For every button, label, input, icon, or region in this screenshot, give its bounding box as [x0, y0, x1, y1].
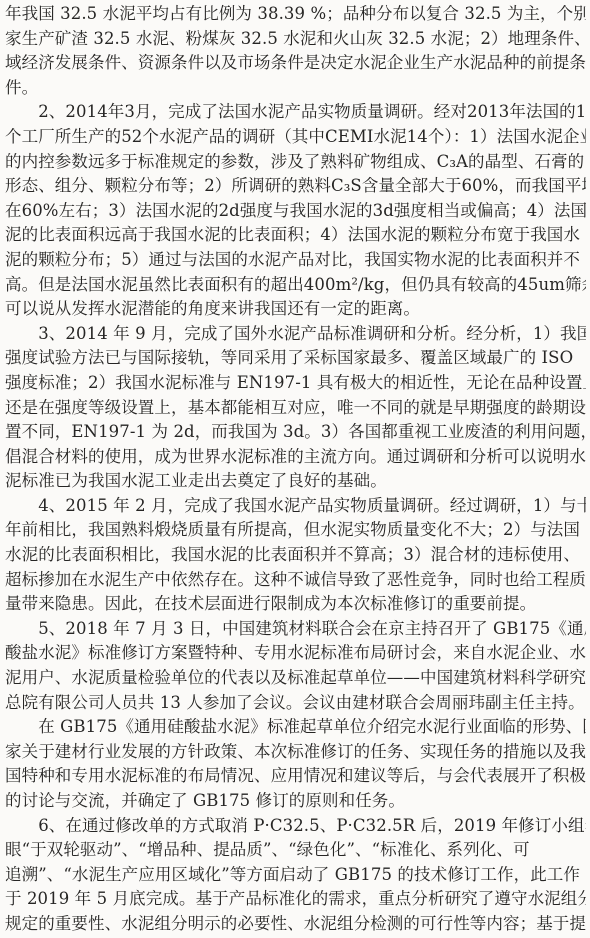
text-line: 泥的比表面积远高于我国水泥的比表面积；4）法国水泥的颗粒分布宽于我国水 — [5, 223, 586, 248]
text-line: 强度试验方法已与国际接轨，等同采用了采标国家最多、覆盖区域最广的 ISO — [5, 346, 586, 371]
text-line: 形态、组分、颗粒分布等；2）所调研的熟料C₃S含量全部大于60%，而我国平均 — [5, 174, 586, 199]
text-line: 家关于建材行业发展的方针政策、本次标准修订的任务、实现任务的措施以及我 — [5, 740, 586, 765]
text-line: 量带来隐患。因此，在技术层面进行限制成为本次标准修订的重要前提。 — [5, 592, 586, 617]
text-line: 泥的颗粒分布；5）通过与法国的水泥产品对比，我国实物水泥的比表面积并不 — [5, 248, 586, 273]
text-line: 强度标准；2）我国水泥标准与 EN197-1 具有极大的相近性，无论在品种设置上 — [5, 371, 586, 396]
text-line: 在60%左右；3）法国水泥的2d强度与我国水泥的3d强度相当或偏高；4）法国水 — [5, 199, 586, 224]
text-line: 追溯”、“水泥生产应用区域化”等方面启动了 GB175 的技术修订工作，此工作 — [5, 863, 586, 888]
text-line: 的内控参数远多于标准规定的参数，涉及了熟料矿物组成、C₃A的晶型、石膏的 — [5, 150, 586, 175]
text-line: 倡混合材料的使用，成为世界水泥标准的主流方向。通过调研和分析可以说明水 — [5, 445, 586, 470]
document-page: 年我国 32.5 水泥平均占有比例为 38.39 %；品种分布以复合 32.5 … — [0, 0, 590, 938]
text-line: 年前相比，我国熟料煅烧质量有所提高，但水泥实物质量变化不大；2）与法国 — [5, 518, 586, 543]
text-line: 的讨论与交流，并确定了 GB175 修订的原则和任务。 — [5, 789, 586, 814]
text-line: 域经济发展条件、资源条件以及市场条件是决定水泥企业生产水泥品种的前提条 — [5, 51, 586, 76]
text-line: 泥用户、水泥质量检验单位的代表以及标准起草单位——中国建筑材料科学研究 — [5, 666, 586, 691]
text-line: 高。但是法国水泥虽然比表面积有的超出400m²/kg，但仍具有较高的45um筛余… — [5, 273, 586, 298]
text-line: 规定的重要性、水泥组分明示的必要性、水泥组分检测的可行性等内容；基于提 — [5, 912, 586, 937]
document-text-body: 年我国 32.5 水泥平均占有比例为 38.39 %；品种分布以复合 32.5 … — [5, 2, 586, 937]
text-line: 家生产矿渣 32.5 水泥、粉煤灰 32.5 水泥和火山灰 32.5 水泥；2）… — [5, 27, 586, 52]
text-line: 泥标准已为我国水泥工业走出去奠定了良好的基础。 — [5, 469, 586, 494]
text-line: 眼“于双轮驱动”、“增品种、提品质”、“绿色化”、“标准化、系列化、可 — [5, 838, 586, 863]
text-line: 置不同，EN197-1 为 2d，而我国为 3d。3）各国都重视工业废渣的利用问… — [5, 420, 586, 445]
text-line: 在 GB175《通用硅酸盐水泥》标准起草单位介绍完水泥行业面临的形势、国 — [5, 715, 586, 740]
text-line: 于 2019 年 5 月底完成。基于产品标准化的需求，重点分析研究了遵守水泥组分 — [5, 887, 586, 912]
text-line: 可以说从发挥水泥潜能的角度来讲我国还有一定的距离。 — [5, 297, 586, 322]
text-line: 个工厂所生产的52个水泥产品的调研（其中CEMI水泥14个）：1）法国水泥企业 — [5, 125, 586, 150]
text-line: 2、2014年3月，完成了法国水泥产品实物质量调研。经对2013年法国的13 — [5, 100, 586, 125]
text-line: 国特种和专用水泥标准的布局情况、应用情况和建议等后，与会代表展开了积极 — [5, 764, 586, 789]
text-line: 4、2015 年 2 月，完成了我国水泥产品实物质量调研。经过调研，1）与十 — [5, 494, 586, 519]
text-line: 酸盐水泥》标准修订方案暨特种、专用水泥标准布局研讨会，来自水泥企业、水 — [5, 641, 586, 666]
text-line: 年我国 32.5 水泥平均占有比例为 38.39 %；品种分布以复合 32.5 … — [5, 2, 586, 27]
text-line: 超标掺加在水泥生产中依然存在。这种不诚信导致了恶性竞争，同时也给工程质 — [5, 568, 586, 593]
text-line: 6、在通过修改单的方式取消 P·C32.5、P·C32.5R 后，2019 年修… — [5, 814, 586, 839]
text-line: 还是在强度等级设置上，基本都能相互对应，唯一不同的就是早期强度的龄期设 — [5, 396, 586, 421]
text-line: 3、2014 年 9 月，完成了国外水泥产品标准调研和分析。经分析，1）我国 — [5, 322, 586, 347]
text-line: 件。 — [5, 76, 586, 101]
text-line: 总院有限公司人员共 13 人参加了会议。会议由建材联合会周丽玮副主任主持。 — [5, 691, 586, 716]
text-line: 水泥的比表面积相比，我国水泥的比表面积并不算高；3）混合材的违标使用、 — [5, 543, 586, 568]
text-line: 5、2018 年 7 月 3 日，中国建筑材料联合会在京主持召开了 GB175《… — [5, 617, 586, 642]
scanned-document: { "page": { "colors": { "background": "#… — [0, 0, 590, 938]
